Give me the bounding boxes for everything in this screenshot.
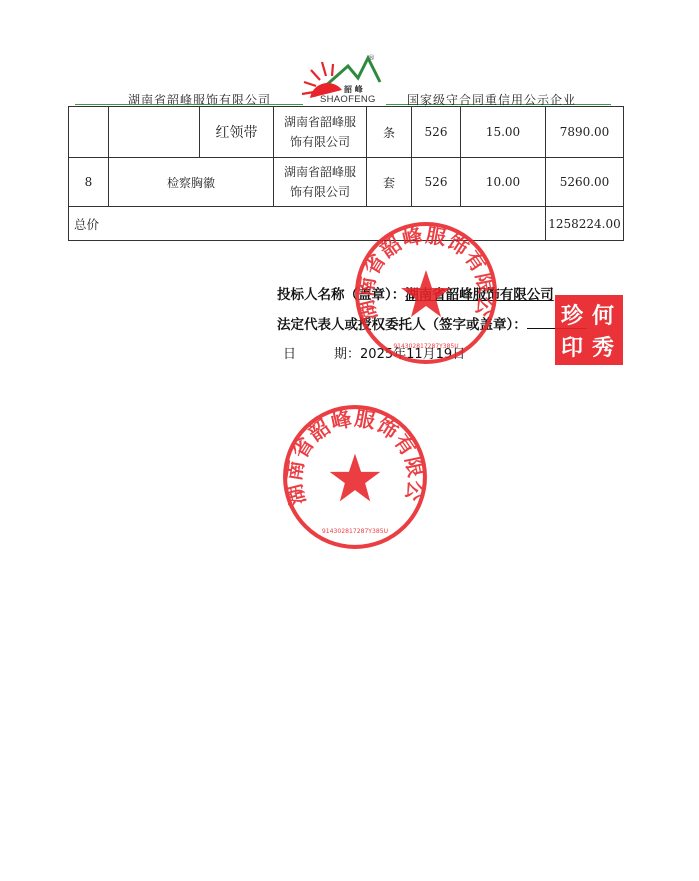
price-table: 红领带 湖南省韶峰服 饰有限公司 条 526 15.00 7890.00 8 检… <box>68 106 624 241</box>
supplier-line-2: 饰有限公司 <box>274 182 366 202</box>
cell-supplier: 湖南省韶峰服 饰有限公司 <box>274 158 367 207</box>
svg-text:湖南省韶峰服饰有限公司: 湖南省韶峰服饰有限公司 <box>281 403 428 507</box>
bidder-value: 湖南省韶峰服饰有限公司 <box>405 287 554 303</box>
bidder-label: 投标人名称（盖章）： <box>277 287 405 303</box>
cell-total: 5260.00 <box>546 158 624 207</box>
cell-item-name: 红领带 <box>200 107 274 158</box>
representative-line: 法定代表人或授权委托人（签字或盖章）： <box>277 313 587 333</box>
cell-no <box>69 107 109 158</box>
representative-label: 法定代表人或授权委托人（签字或盖章）： <box>277 317 527 333</box>
total-value: 1258224.00 <box>546 207 624 241</box>
company-seal-stamp-2: 湖南省韶峰服饰有限公司 914302817287Y385U <box>281 403 429 551</box>
table-row: 8 检察胸徽 湖南省韶峰服 饰有限公司 套 526 10.00 5260.00 <box>69 158 624 207</box>
cell-qty: 526 <box>412 107 461 158</box>
cell-unit-price: 15.00 <box>461 107 546 158</box>
header-rule-left <box>75 104 303 105</box>
table-total-row: 总价 1258224.00 <box>69 207 624 241</box>
svg-text:914302817287Y385U: 914302817287Y385U <box>322 528 388 535</box>
table-row: 红领带 湖南省韶峰服 饰有限公司 条 526 15.00 7890.00 <box>69 107 624 158</box>
total-label: 总价 <box>69 207 546 241</box>
seal-text: 湖南省韶峰服饰有限公司 <box>281 403 428 507</box>
cell-qty: 526 <box>412 158 461 207</box>
date-line: 日期：2025年11月19日 <box>283 343 465 362</box>
date-label-2: 期： <box>334 347 360 362</box>
cell-unit: 套 <box>367 158 412 207</box>
personal-seal-stamp: 何 秀 珍 印 <box>555 295 623 365</box>
cell-no: 8 <box>69 158 109 207</box>
seal-char: 珍 <box>561 299 583 330</box>
svg-text:韶 峰: 韶 峰 <box>344 84 363 94</box>
cell-total: 7890.00 <box>546 107 624 158</box>
cell-supplier: 湖南省韶峰服 饰有限公司 <box>274 107 367 158</box>
date-value: 2025年11月19日 <box>360 347 465 362</box>
cell-name-left <box>109 107 200 158</box>
logo-brand-en: SHAOFENG <box>320 94 376 105</box>
cell-unit-price: 10.00 <box>461 158 546 207</box>
seal-char: 秀 <box>592 331 614 362</box>
seal-char: 印 <box>561 331 583 362</box>
seal-char: 何 <box>592 299 614 330</box>
date-label-1: 日 <box>283 347 296 362</box>
svg-text:®: ® <box>368 54 375 62</box>
bidder-line: 投标人名称（盖章）：湖南省韶峰服饰有限公司 <box>277 283 554 303</box>
supplier-line-1: 湖南省韶峰服 <box>274 112 366 132</box>
supplier-line-2: 饰有限公司 <box>274 132 366 152</box>
supplier-line-1: 湖南省韶峰服 <box>274 162 366 182</box>
cell-unit: 条 <box>367 107 412 158</box>
cell-item-name: 检察胸徽 <box>109 158 274 207</box>
